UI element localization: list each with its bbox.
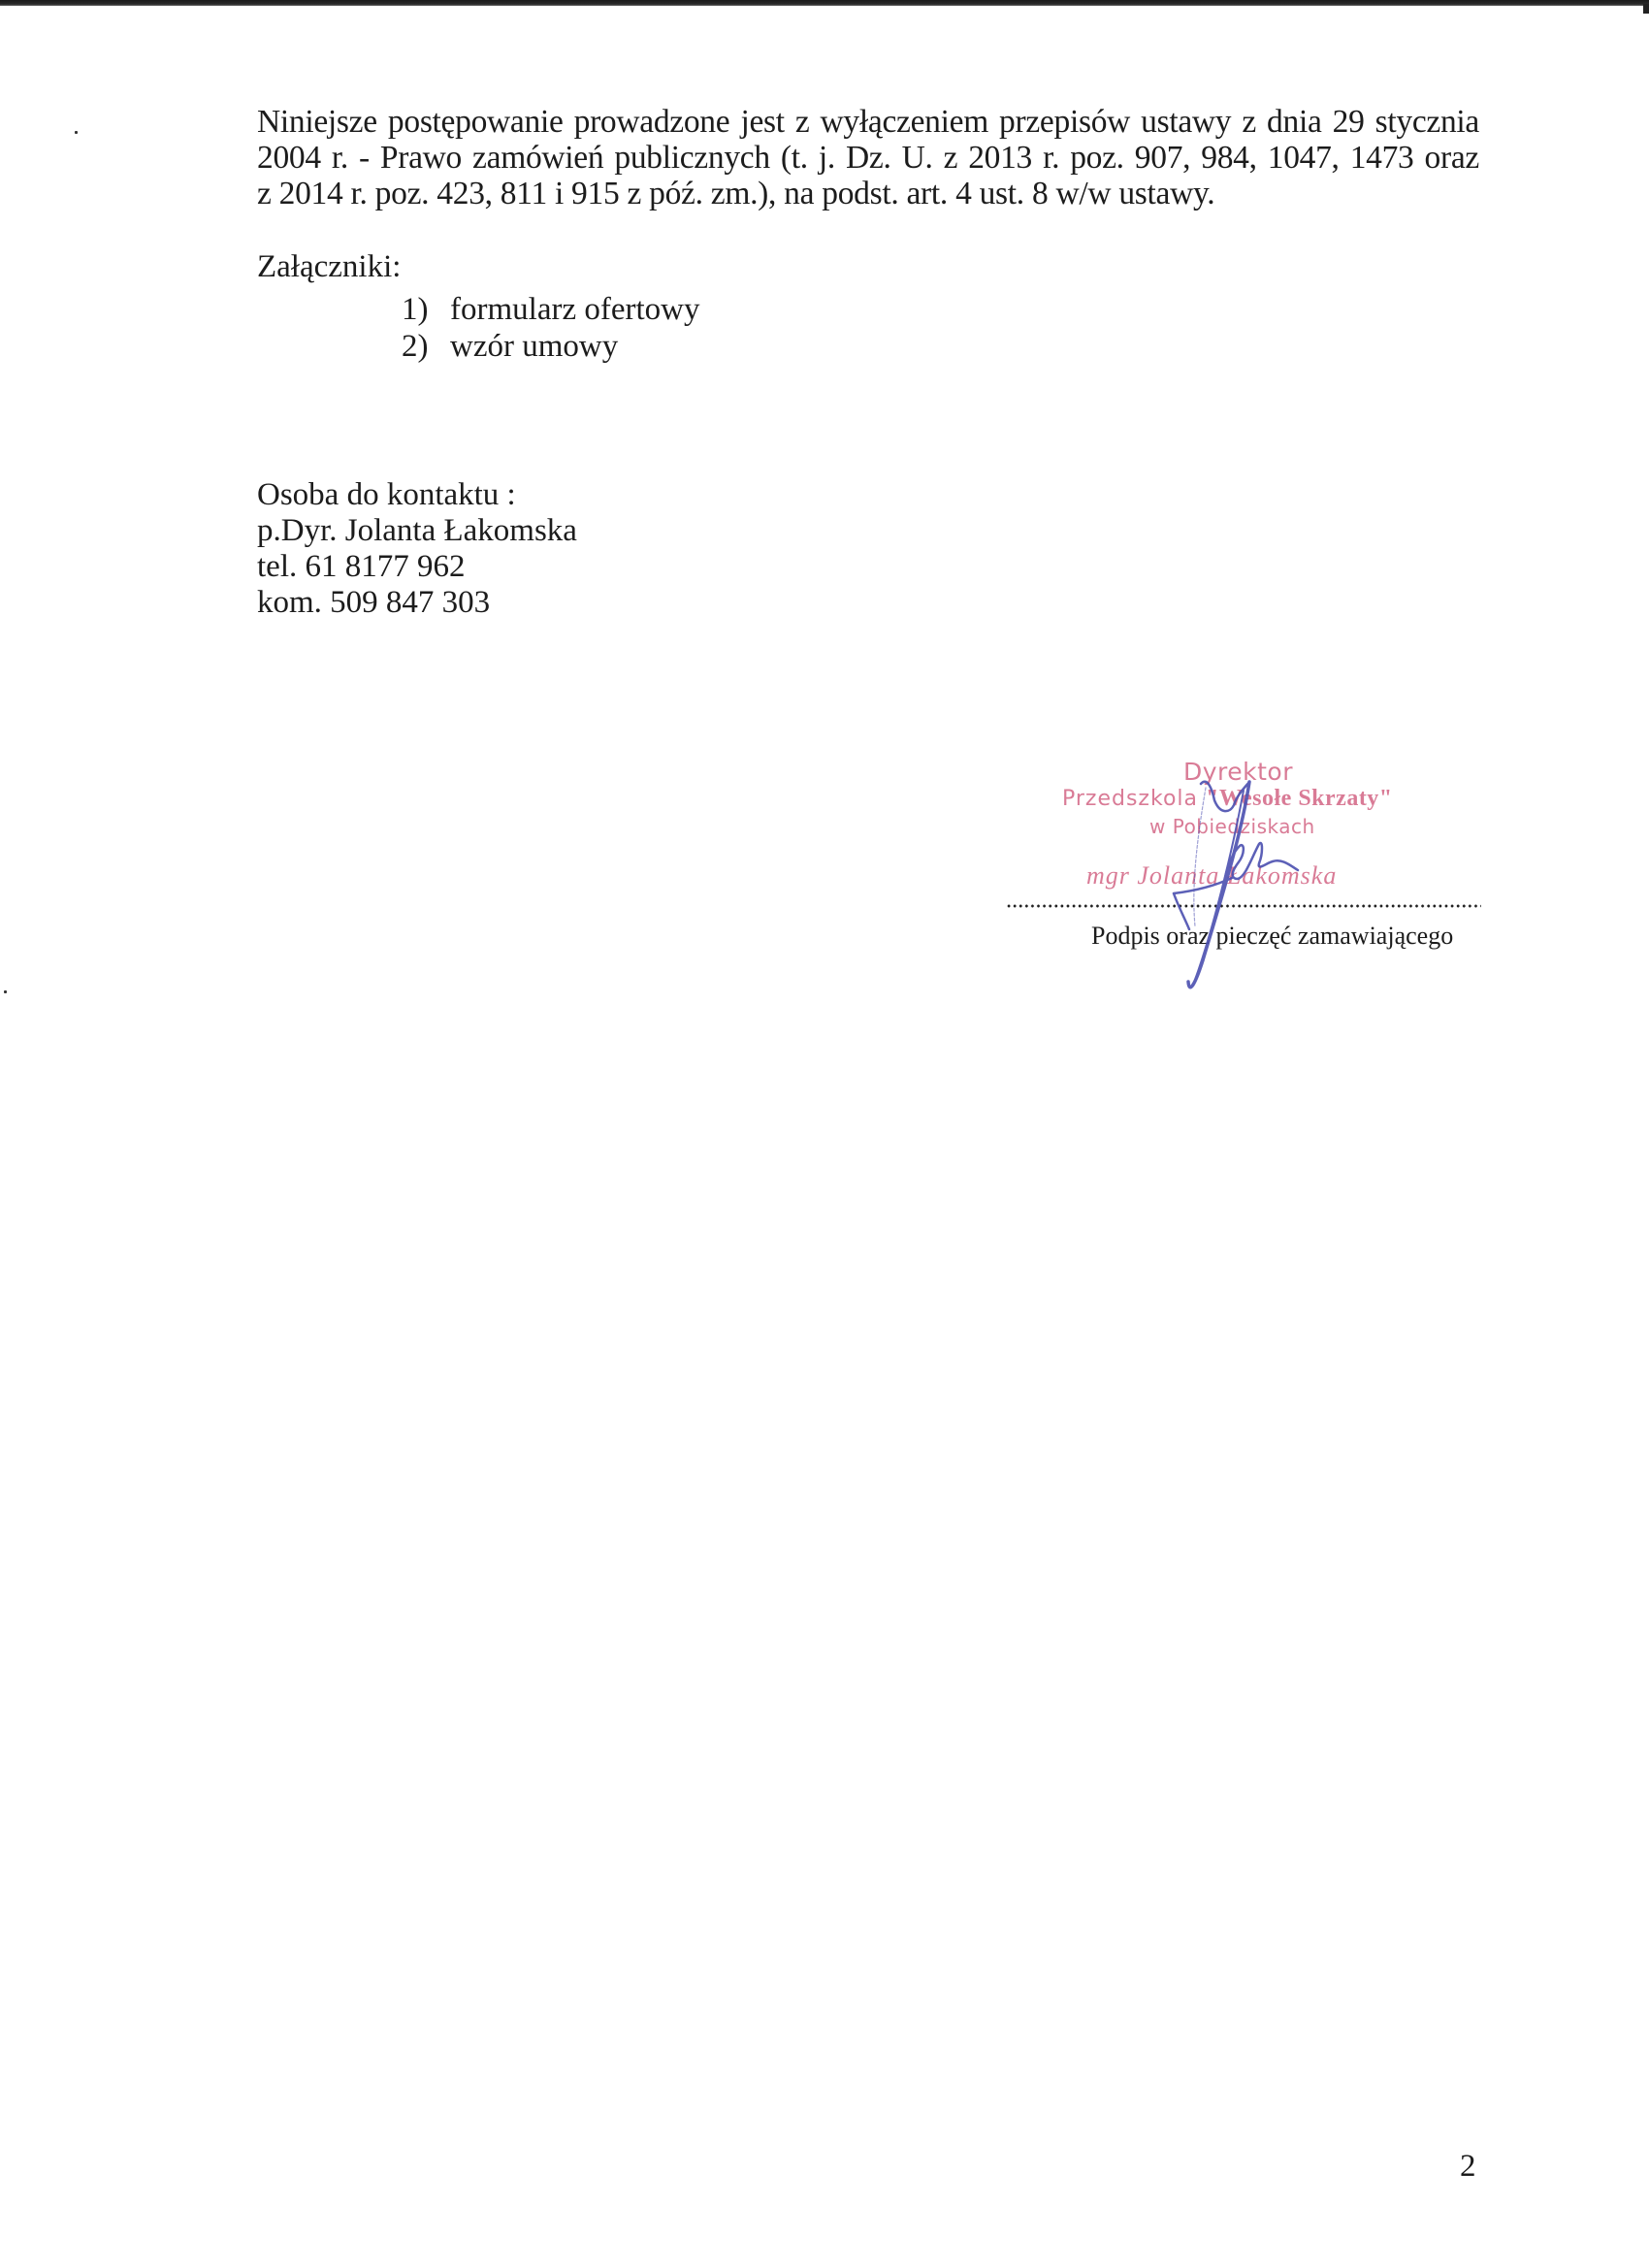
handwritten-signature (0, 0, 1649, 2268)
legal-paragraph: Niniejsze postępowanie prowadzone jest z… (257, 104, 1479, 211)
scan-speck (4, 990, 7, 993)
attachment-item: 1) formularz ofertowy (402, 291, 699, 328)
attachment-label: formularz ofertowy (450, 291, 699, 328)
scan-speck (75, 131, 78, 134)
stamp-location: w Pobiedziskach (1149, 815, 1315, 838)
attachment-number: 2) (402, 328, 450, 365)
contact-title: Osoba do kontaktu : (257, 477, 577, 513)
contact-phone: tel. 61 8177 962 (257, 549, 577, 585)
attachments-list: 1) formularz ofertowy 2) wzór umowy (402, 291, 699, 365)
signature-line (1006, 902, 1481, 910)
paragraph-line: Niniejsze postępowanie prowadzone jest z… (257, 104, 1479, 140)
stamp-institution-name: "Wesołe Skrzaty" (1206, 786, 1393, 811)
paragraph-line: z 2014 r. poz. 423, 811 i 915 z póź. zm.… (257, 176, 1479, 211)
contact-block: Osoba do kontaktu : p.Dyr. Jolanta Łakom… (257, 477, 577, 621)
official-stamp: Dyrektor Przedszkola "Wesołe Skrzaty" w … (1048, 752, 1494, 907)
stamp-person: mgr Jolanta Łakomska (1086, 861, 1337, 891)
page-number: 2 (1460, 2149, 1476, 2185)
contact-name: p.Dyr. Jolanta Łakomska (257, 513, 577, 549)
contact-mobile: kom. 509 847 303 (257, 585, 577, 621)
attachment-number: 1) (402, 291, 450, 328)
scan-mark (1643, 4, 1649, 14)
stamp-institution: Przedszkola "Wesołe Skrzaty" (1062, 786, 1393, 812)
document-page: Niniejsze postępowanie prowadzone jest z… (0, 0, 1649, 2268)
signature-caption: Podpis oraz pieczęć zamawiającego (1091, 922, 1453, 951)
attachment-item: 2) wzór umowy (402, 328, 699, 365)
stamp-institution-prefix: Przedszkola (1062, 787, 1206, 811)
scan-border (0, 0, 1649, 6)
attachment-label: wzór umowy (450, 328, 618, 365)
stamp-title: Dyrektor (1183, 758, 1293, 786)
paragraph-line: 2004 r. - Prawo zamówień publicznych (t.… (257, 140, 1479, 176)
attachments-title: Załączniki: (257, 249, 401, 285)
